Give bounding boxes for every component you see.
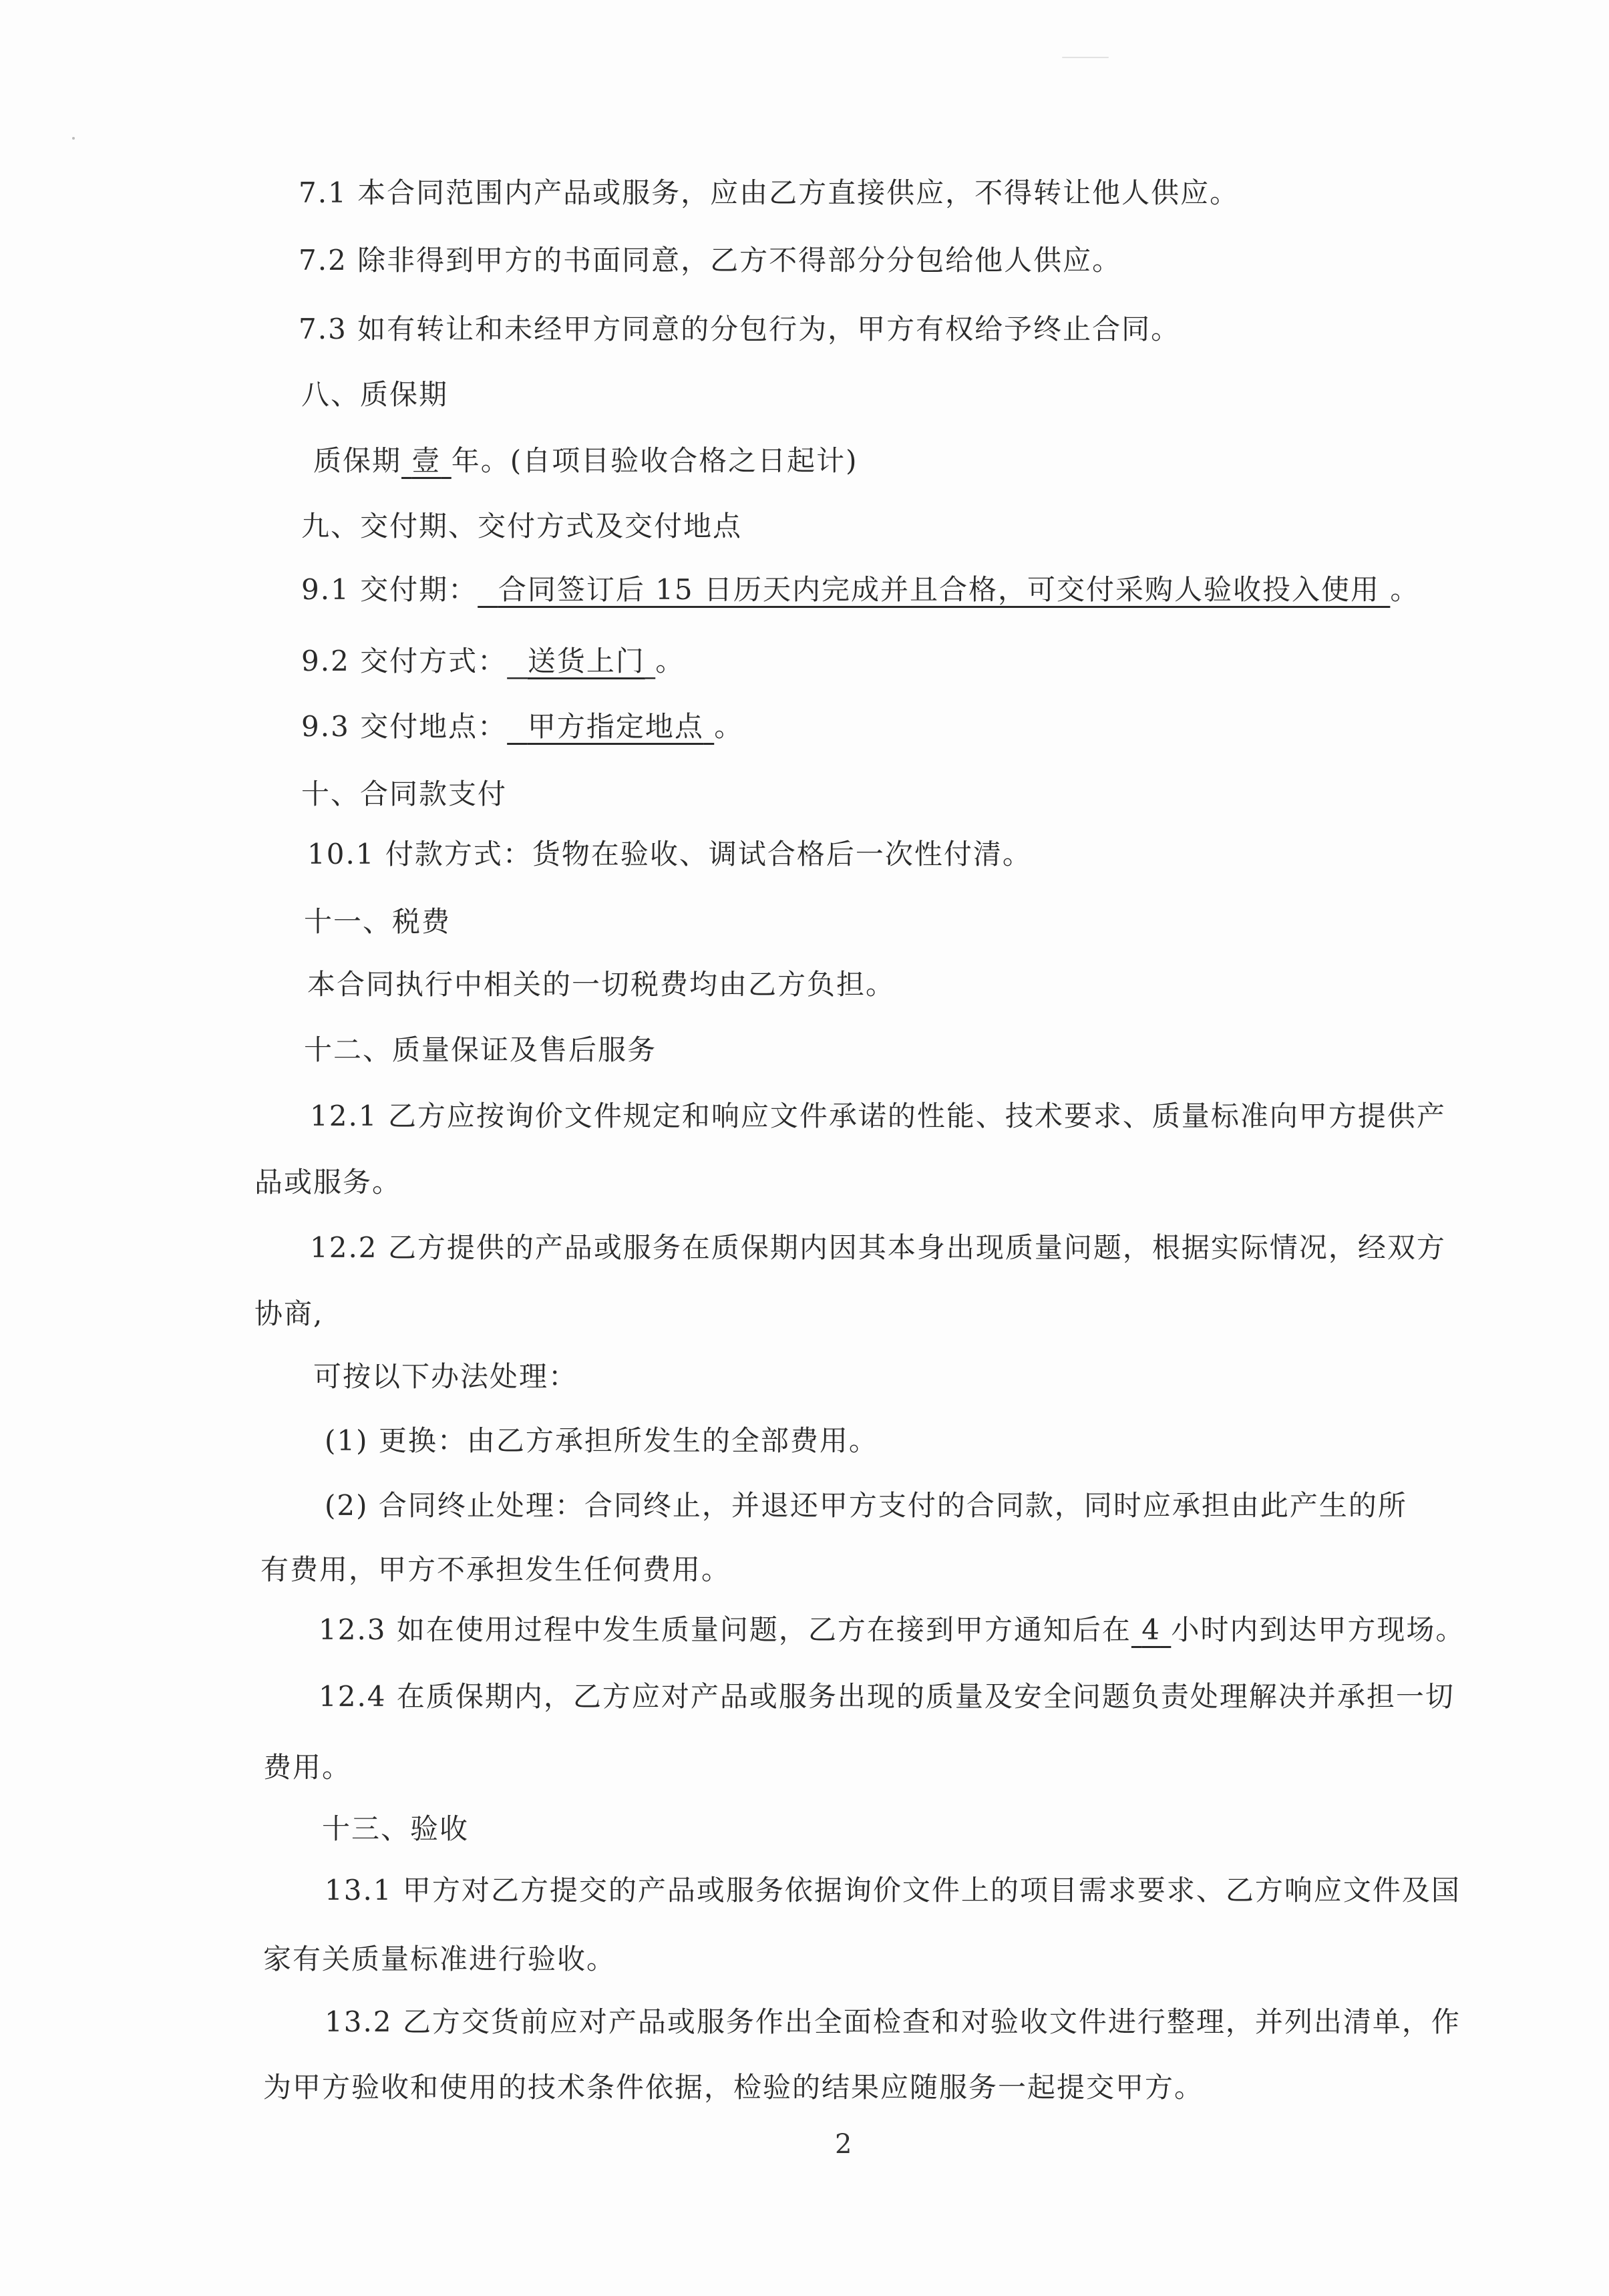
delivery-location-value: 甲方指定地点 <box>507 710 714 743</box>
clause-9-3: 9.3 交付地点： 甲方指定地点 。 <box>301 710 743 744</box>
scan-speck <box>1062 57 1109 58</box>
clause-7-3: 7.3 如有转让和未经甲方同意的分包行为，甲方有权给予终止合同。 <box>299 313 1180 346</box>
period-end: 。 <box>714 710 743 743</box>
heading-delivery: 九、交付期、交付方式及交付地点 <box>301 510 742 543</box>
clause-12-2-line1: 12.2 乙方提供的产品或服务在质保期内因其本身出现质量问题，根据实际情况，经双… <box>310 1231 1446 1265</box>
warranty-period: 质保期 壹 年。(自项目验收合格之日起计) <box>313 444 858 478</box>
warranty-prefix: 质保期 <box>313 444 401 477</box>
taxes-body: 本合同执行中相关的一切税费均由乙方负担。 <box>307 968 895 1001</box>
clause-7-1: 7.1 本合同范围内产品或服务，应由乙方直接供应，不得转让他人供应。 <box>299 176 1239 210</box>
clause-9-2: 9.2 交付方式： 送货上门 。 <box>301 645 685 678</box>
page-number: 2 <box>835 2128 852 2160</box>
clause-13-2-line1: 13.2 乙方交货前应对产品或服务作出全面检查和对验收文件进行整理，并列出清单，… <box>325 2005 1461 2039</box>
response-hours-value: 4 <box>1131 1613 1171 1646</box>
clause-12-1-line1: 12.1 乙方应按询价文件规定和响应文件承诺的性能、技术要求、质量标准向甲方提供… <box>310 1100 1446 1133</box>
heading-warranty: 八、质保期 <box>301 378 448 412</box>
clause-13-2-line2: 为甲方验收和使用的技术条件依据，检验的结果应随服务一起提交甲方。 <box>263 2071 1204 2104</box>
delivery-location-label: 9.3 交付地点： <box>301 710 507 743</box>
scan-speck <box>72 137 75 140</box>
clause-13-1-line1: 13.1 甲方对乙方提交的产品或服务依据询价文件上的项目需求要求、乙方响应文件及… <box>325 1874 1461 1907</box>
clause-10-1: 10.1 付款方式：货物在验收、调试合格后一次性付清。 <box>307 838 1032 871</box>
heading-quality: 十二、质量保证及售后服务 <box>304 1033 657 1067</box>
warranty-suffix: 年。(自项目验收合格之日起计) <box>452 444 858 477</box>
heading-taxes: 十一、税费 <box>304 905 451 939</box>
warranty-value: 壹 <box>401 444 452 477</box>
response-suffix: 小时内到达甲方现场。 <box>1171 1613 1465 1646</box>
delivery-period-label: 9.1 交付期： <box>301 573 478 606</box>
delivery-period-value: 合同签订后 15 日历天内完成并且合格，可交付采购人验收投入使用 <box>478 573 1390 606</box>
document-page: 7.1 本合同范围内产品或服务，应由乙方直接供应，不得转让他人供应。 7.2 除… <box>0 0 1609 2296</box>
delivery-method-value: 送货上门 <box>507 645 655 677</box>
delivery-method-label: 9.2 交付方式： <box>301 645 507 677</box>
clause-12-2-line2: 协商, <box>254 1297 323 1331</box>
heading-acceptance: 十三、验收 <box>322 1812 469 1846</box>
remedy-option-2-line1: (2) 合同终止处理：合同终止，并退还甲方支付的合同款，同时应承担由此产生的所 <box>325 1489 1407 1522</box>
remedy-option-2-line2: 有费用，甲方不承担发生任何费用。 <box>260 1553 731 1587</box>
clause-7-2: 7.2 除非得到甲方的书面同意，乙方不得部分分包给他人供应。 <box>299 244 1121 277</box>
clause-12-4-line1: 12.4 在质保期内，乙方应对产品或服务出现的质量及安全问题负责处理解决并承担一… <box>319 1680 1455 1713</box>
period-end: 。 <box>1390 573 1419 606</box>
period-end: 。 <box>655 645 685 677</box>
clause-12-1-line2: 品或服务。 <box>254 1166 401 1199</box>
remedy-option-1: (1) 更换：由乙方承担所发生的全部费用。 <box>325 1424 878 1458</box>
heading-payment: 十、合同款支付 <box>301 778 507 811</box>
clause-12-4-line2: 费用。 <box>263 1751 351 1784</box>
clause-12-2-line3: 可按以下办法处理： <box>313 1360 578 1393</box>
response-prefix: 12.3 如在使用过程中发生质量问题，乙方在接到甲方通知后在 <box>319 1613 1131 1646</box>
clause-9-1: 9.1 交付期： 合同签订后 15 日历天内完成并且合格，可交付采购人验收投入使… <box>301 573 1419 607</box>
clause-13-1-line2: 家有关质量标准进行验收。 <box>263 1943 616 1976</box>
clause-12-3: 12.3 如在使用过程中发生质量问题，乙方在接到甲方通知后在 4 小时内到达甲方… <box>319 1613 1465 1647</box>
